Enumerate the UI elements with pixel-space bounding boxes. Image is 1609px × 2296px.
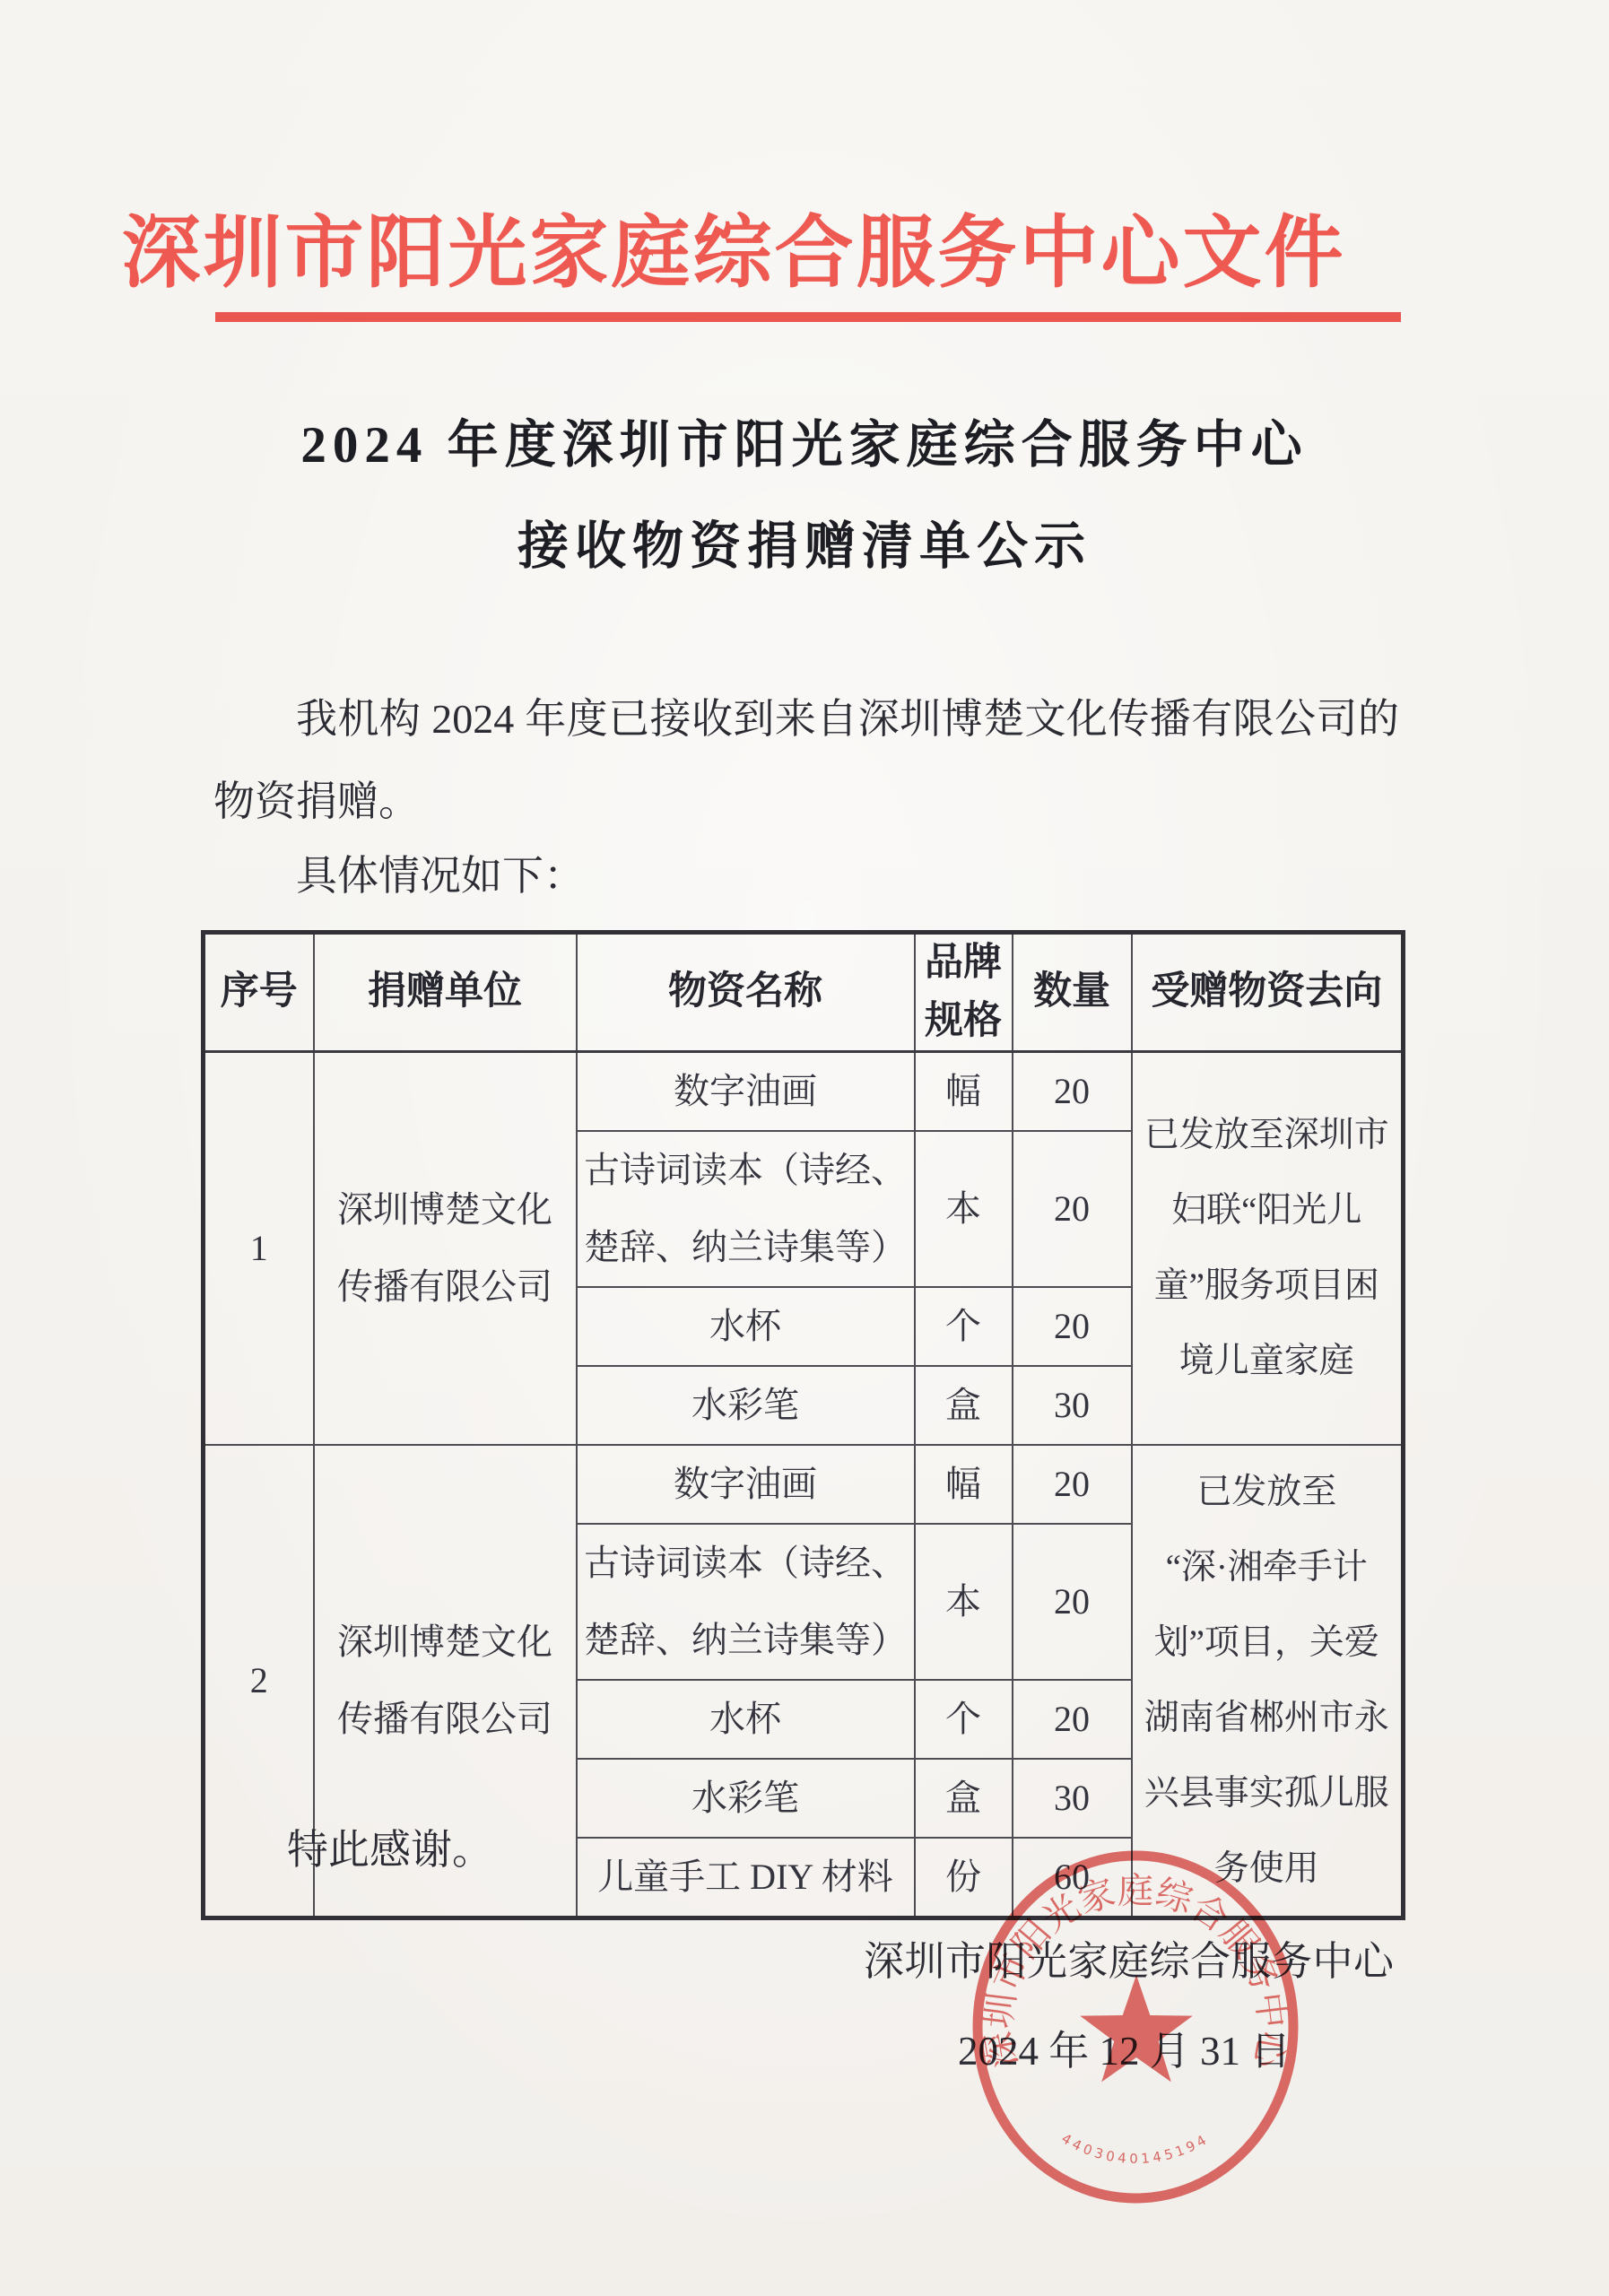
item-qty: 20 (1013, 1052, 1132, 1132)
group1-donor: 深圳博楚文化传播有限公司 (314, 1052, 577, 1446)
body-paragraph: 我机构 2024 年度已接收到来自深圳博楚文化传播有限公司的物资捐赠。 (213, 678, 1399, 843)
item-qty: 30 (1013, 1759, 1132, 1838)
header-index: 序号 (204, 933, 314, 1052)
item-qty: 20 (1013, 1131, 1132, 1287)
item-unit: 盒 (915, 1759, 1013, 1838)
item-unit: 幅 (915, 1445, 1013, 1524)
signature-date: 2024 年 12 月 31 日 (958, 2018, 1291, 2076)
document-page: 深圳市阳光家庭综合服务中心文件 2024 年度深圳市阳光家庭综合服务中心 接收物… (0, 0, 1609, 2296)
group1-destination: 已发放至深圳市妇联“阳光儿童”服务项目困境儿童家庭 (1132, 1052, 1404, 1446)
item-name: 儿童手工 DIY 材料 (577, 1838, 915, 1918)
item-unit: 个 (915, 1287, 1013, 1366)
item-unit: 个 (915, 1680, 1013, 1759)
header-destination: 受赠物资去向 (1132, 933, 1404, 1052)
table-row: 2 深圳博楚文化传播有限公司 数字油画 幅 20 已发放至 “深·湘牵手计划”项… (204, 1445, 1404, 1524)
item-unit: 本 (915, 1524, 1013, 1680)
item-name: 古诗词读本（诗经、楚辞、纳兰诗集等） (577, 1524, 915, 1680)
table-header-row: 序号 捐赠单位 物资名称 品牌规格 数量 受赠物资去向 (204, 933, 1404, 1052)
header-item-name: 物资名称 (577, 933, 915, 1052)
item-qty: 30 (1013, 1366, 1132, 1445)
item-name: 水彩笔 (577, 1759, 915, 1838)
stamp-code: 4403040145194 (1059, 2130, 1213, 2167)
group2-destination: 已发放至 “深·湘牵手计划”项目，关爱湖南省郴州市永兴县事实孤儿服务使用 (1132, 1445, 1404, 1918)
item-name: 数字油画 (577, 1052, 915, 1132)
item-qty: 20 (1013, 1524, 1132, 1680)
item-name: 数字油画 (577, 1445, 915, 1524)
item-qty: 20 (1013, 1445, 1132, 1524)
letterhead-title: 深圳市阳光家庭综合服务中心文件 (121, 190, 1345, 303)
item-unit: 本 (915, 1131, 1013, 1287)
document-title-line1: 2024 年度深圳市阳光家庭综合服务中心 (0, 404, 1609, 477)
item-name: 水杯 (577, 1287, 915, 1366)
item-name: 古诗词读本（诗经、楚辞、纳兰诗集等） (577, 1131, 915, 1287)
header-spec: 品牌规格 (915, 933, 1013, 1052)
item-name: 水彩笔 (577, 1366, 915, 1445)
letterhead-divider (215, 312, 1401, 322)
group1-index: 1 (204, 1052, 314, 1446)
signature-org: 深圳市阳光家庭综合服务中心 (864, 1928, 1395, 1987)
table-row: 1 深圳博楚文化传播有限公司 数字油画 幅 20 已发放至深圳市妇联“阳光儿童”… (204, 1052, 1404, 1132)
item-unit: 盒 (915, 1366, 1013, 1445)
donation-table: 序号 捐赠单位 物资名称 品牌规格 数量 受赠物资去向 1 深圳博楚文化传播有限… (201, 930, 1405, 1920)
item-unit: 份 (915, 1838, 1013, 1918)
item-unit: 幅 (915, 1052, 1013, 1132)
document-title-line2: 接收物资捐赠清单公示 (0, 505, 1609, 578)
item-name: 水杯 (577, 1680, 915, 1759)
item-qty: 60 (1013, 1838, 1132, 1918)
header-donor: 捐赠单位 (314, 933, 577, 1052)
item-qty: 20 (1013, 1287, 1132, 1366)
table-intro: 具体情况如下： (213, 843, 1399, 902)
closing-line: 特此感谢。 (287, 1817, 493, 1876)
header-qty: 数量 (1013, 933, 1132, 1052)
item-qty: 20 (1013, 1680, 1132, 1759)
